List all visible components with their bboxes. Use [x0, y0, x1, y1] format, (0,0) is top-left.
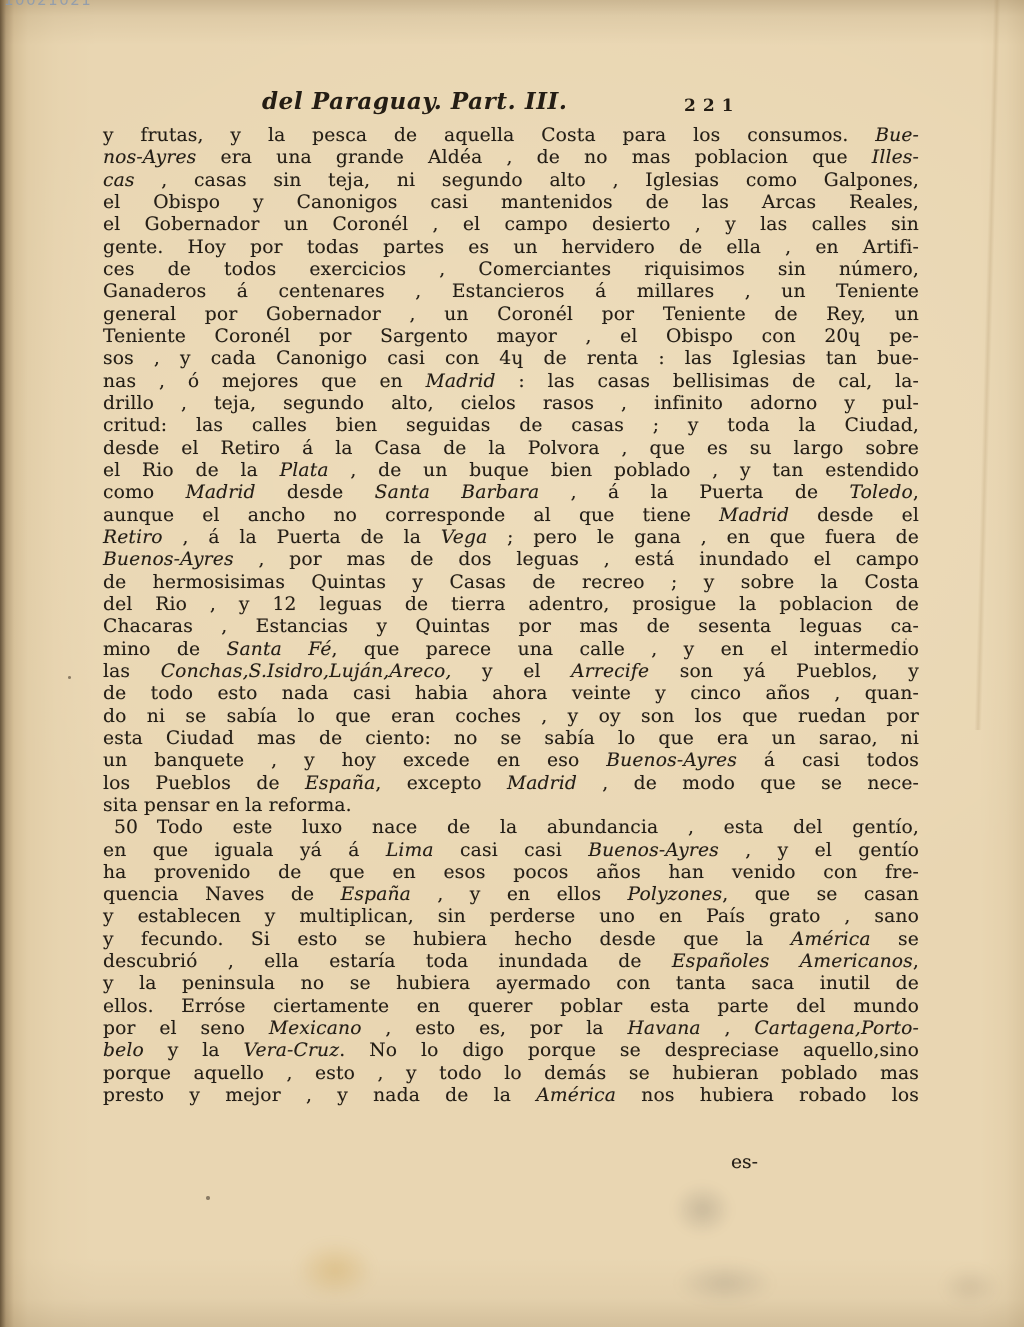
text-line: do ni se sabía lo que eran coches , y oy…	[103, 706, 919, 728]
italic-text: España	[341, 884, 411, 905]
text-line: porque aquello , esto , y todo lo demás …	[103, 1063, 919, 1085]
italic-text: América	[791, 929, 871, 950]
italic-text: Bue-	[875, 125, 919, 146]
ink-smudge	[660, 1172, 745, 1247]
text-line: general por Gobernador , un Coronél por …	[103, 304, 919, 326]
italic-text: Madrid	[507, 773, 577, 794]
text-line: ellos. Erróse ciertamente en querer pobl…	[103, 996, 919, 1018]
italic-text: Conchas,S.Isidro,Luján,Areco,	[161, 661, 452, 682]
catchword: es-	[731, 1152, 758, 1173]
text-line: sita pensar en la reforma.	[103, 795, 919, 817]
text-line: nas , ó mejores que en Madrid : las casa…	[103, 371, 919, 393]
corner-watermark-text: 10021021	[4, 0, 92, 9]
text-line: mino de Santa Fé, que parece una calle ,…	[103, 639, 919, 661]
italic-text: Buenos-Ayres	[103, 549, 234, 570]
text-line: los Pueblos de España, excepto Madrid , …	[103, 773, 919, 795]
italic-text: Toledo	[849, 482, 912, 503]
italic-text: Madrid	[426, 371, 496, 392]
text-line: aunque el ancho no corresponde al que ti…	[103, 505, 919, 527]
italic-text: Arrecife	[571, 661, 649, 682]
italic-text: Madrid	[719, 505, 789, 526]
text-line: y fecundo. Si esto se hubiera hecho desd…	[103, 929, 919, 951]
text-line: nos-Ayres era una grande Aldéa , de no m…	[103, 147, 919, 169]
text-line: quencia Naves de España , y en ellos Pol…	[103, 884, 919, 906]
text-line: el Obispo y Canonigos casi mantenidos de…	[103, 192, 919, 214]
text-line: del Rio , y 12 leguas de tierra adentro,…	[103, 594, 919, 616]
text-line: Ganaderos á centenares , Estancieros á m…	[103, 281, 919, 303]
paper-stain	[280, 1230, 390, 1310]
text-line: Retiro , á la Puerta de la Vega ; pero l…	[103, 527, 919, 549]
text-line: Buenos-Ayres , por mas de dos leguas , e…	[103, 549, 919, 571]
paper-speck	[206, 1196, 210, 1200]
italic-text: Madrid	[186, 482, 256, 503]
text-line: gente. Hoy por todas partes es un hervid…	[103, 237, 919, 259]
text-line: desde el Retiro á la Casa de la Polvora …	[103, 438, 919, 460]
ink-smudge	[930, 1258, 1010, 1316]
italic-text: Lima	[386, 840, 434, 861]
text-line: en que iguala yá á Lima casi casi Buenos…	[103, 840, 919, 862]
italic-text: Mexicano	[269, 1018, 362, 1039]
italic-text: cas	[103, 170, 135, 191]
italic-text: Retiro	[103, 527, 163, 548]
text-line: y establecen y multiplican, sin perderse…	[103, 906, 919, 928]
text-line: ha provenido de que en esos pocos años h…	[103, 862, 919, 884]
text-line: el Rio de la Plata , de un buque bien po…	[103, 460, 919, 482]
italic-text: América	[536, 1085, 616, 1106]
italic-text: Havana	[627, 1018, 700, 1039]
italic-text: Vega	[441, 527, 488, 548]
text-line: de hermosisimas Quintas y Casas de recre…	[103, 572, 919, 594]
text-line: como Madrid desde Santa Barbara , á la P…	[103, 482, 919, 504]
running-title: del Paraguay. Part. III.	[262, 88, 568, 115]
italic-text: España	[305, 773, 375, 794]
italic-text: Santa Fé	[227, 639, 332, 660]
text-line: Teniente Coronél por Sargento mayor , el…	[103, 326, 919, 348]
text-line: de todo esto nada casi habia ahora veint…	[103, 683, 919, 705]
paper-speck	[68, 676, 71, 679]
text-line: drillo , teja, segundo alto, cielos raso…	[103, 393, 919, 415]
italic-text: Españoles Americanos	[672, 951, 913, 972]
text-line: por el seno Mexicano , esto es, por la H…	[103, 1018, 919, 1040]
text-line: esta Ciudad mas de ciento: no se sabía l…	[103, 728, 919, 750]
italic-text: Buenos-Ayres	[588, 840, 719, 861]
text-line: presto y mejor , y nada de la América no…	[103, 1085, 919, 1107]
text-line: sos , y cada Canonigo casi con 4ɥ de ren…	[103, 348, 919, 370]
ink-smudge	[655, 1252, 795, 1314]
paper-crease	[974, 0, 1000, 730]
italic-text: belo	[103, 1040, 144, 1061]
italic-text: Illes-	[872, 147, 919, 168]
text-line: y frutas, y la pesca de aquella Costa pa…	[103, 125, 919, 147]
text-line: 50 Todo este luxo nace de la abundancia …	[103, 817, 919, 839]
text-line: y la peninsula no se hubiera ayermado co…	[103, 973, 919, 995]
page-number: 221	[684, 96, 741, 116]
italic-text: nos-Ayres	[103, 147, 196, 168]
text-block: y frutas, y la pesca de aquella Costa pa…	[103, 125, 919, 1107]
italic-text: Cartagena,Porto-	[754, 1018, 919, 1039]
text-line: las Conchas,S.Isidro,Luján,Areco, y el A…	[103, 661, 919, 683]
text-line: cas , casas sin teja, ni segundo alto , …	[103, 170, 919, 192]
text-line: ces de todos exercicios , Comerciantes r…	[103, 259, 919, 281]
text-line: el Gobernador un Coronél , el campo desi…	[103, 214, 919, 236]
text-line: descubrió , ella estaría toda inundada d…	[103, 951, 919, 973]
italic-text: Polyzones	[628, 884, 723, 905]
italic-text: Buenos-Ayres	[606, 750, 737, 771]
italic-text: Vera-Cruz	[244, 1040, 340, 1061]
text-line: Chacaras , Estancias y Quintas por mas d…	[103, 616, 919, 638]
text-line: belo y la Vera-Cruz. No lo digo porque s…	[103, 1040, 919, 1062]
italic-text: Plata	[280, 460, 329, 481]
italic-text: Santa Barbara	[375, 482, 540, 503]
text-line: critud: las calles bien seguidas de casa…	[103, 415, 919, 437]
book-page-scan: 10021021 del Paraguay. Part. III. 221 y …	[0, 0, 1024, 1327]
text-line: un banquete , y hoy excede en eso Buenos…	[103, 750, 919, 772]
